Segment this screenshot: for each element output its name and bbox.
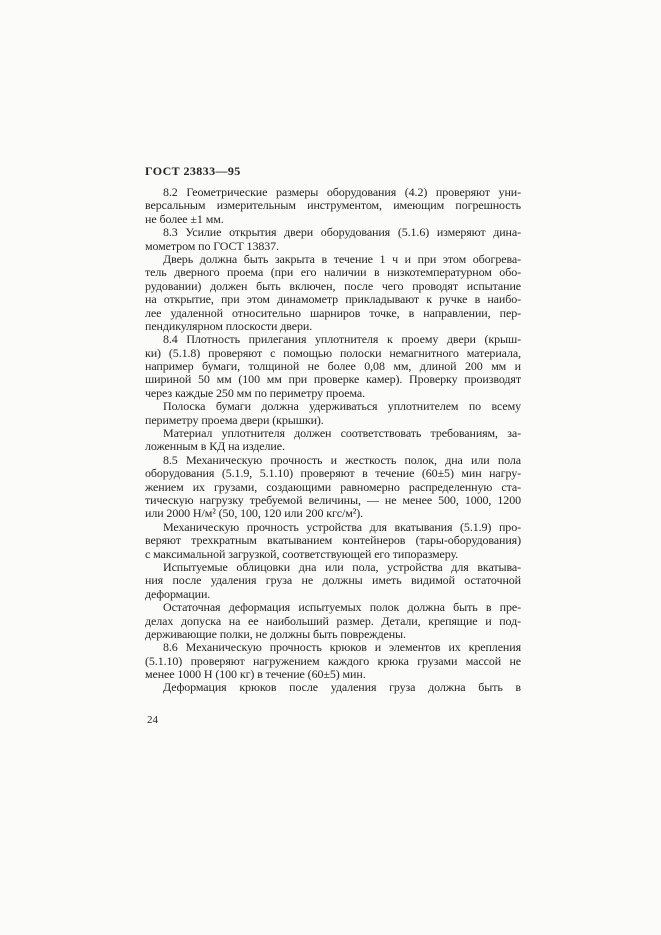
text-line: Остаточная деформация испытуемых полок д… bbox=[145, 601, 521, 614]
text-line: мометром по ГОСТ 13837. bbox=[145, 240, 521, 253]
text-line: веряют трехкратным вкатыванием контейнер… bbox=[145, 534, 521, 547]
text-line: ложенным в КД на изделие. bbox=[145, 440, 521, 453]
paragraph: 8.5 Механическую прочность и жесткость п… bbox=[145, 454, 521, 521]
text-line: Полоска бумаги должна удерживаться уплот… bbox=[145, 400, 521, 413]
paragraph: 8.4 Плотность прилегания уплотнителя к п… bbox=[145, 333, 521, 400]
text-line: Материал уплотнителя должен соответствов… bbox=[145, 427, 521, 440]
text-line: 8.3 Усилие открытия двери оборудования (… bbox=[145, 226, 521, 239]
text-line: на открытие, при этом динамометр приклад… bbox=[145, 293, 521, 306]
paragraph: Дверь должна быть закрыта в течение 1 ч … bbox=[145, 253, 521, 333]
text-line: или 2000 Н/м² (50, 100, 120 или 200 кгс/… bbox=[145, 507, 521, 520]
paragraph: 8.6 Механическую прочность крюков и элем… bbox=[145, 641, 521, 681]
text-line: Испытуемые облицовки дна или пола, устро… bbox=[145, 561, 521, 574]
paragraph: Полоска бумаги должна удерживаться уплот… bbox=[145, 400, 521, 427]
paragraph: Механическую прочность устройства для вк… bbox=[145, 521, 521, 561]
page-body: 8.2 Геометрические размеры оборудования … bbox=[145, 186, 521, 695]
page-number: 24 bbox=[147, 714, 158, 726]
text-line: 8.4 Плотность прилегания уплотнителя к п… bbox=[145, 333, 521, 346]
text-line: Дверь должна быть закрыта в течение 1 ч … bbox=[145, 253, 521, 266]
paragraph: Остаточная деформация испытуемых полок д… bbox=[145, 601, 521, 641]
paragraph: Материал уплотнителя должен соответствов… bbox=[145, 427, 521, 454]
text-line: тель дверного проема (при его наличии в … bbox=[145, 266, 521, 279]
text-line: пендикулярном плоскости двери. bbox=[145, 320, 521, 333]
text-line: оборудования (5.1.9, 5.1.10) проверяют в… bbox=[145, 467, 521, 480]
text-line: Деформация крюков после удаления груза д… bbox=[145, 681, 521, 694]
text-line: с максимальной загрузкой, соответствующе… bbox=[145, 548, 521, 561]
text-line: держивающие полки, не должны быть повреж… bbox=[145, 628, 521, 641]
paragraph: 8.2 Геометрические размеры оборудования … bbox=[145, 186, 521, 226]
text-line: тическую нагрузку требуемой величины, — … bbox=[145, 494, 521, 507]
text-line: делах допуска на ее наибольший размер. Д… bbox=[145, 615, 521, 628]
text-line: не более ±1 мм. bbox=[145, 213, 521, 226]
text-line: ния после удаления груза не должны иметь… bbox=[145, 574, 521, 587]
text-line: ки) (5.1.8) проверяют с помощью полоски … bbox=[145, 347, 521, 360]
text-line: рудовании) должен быть включен, после че… bbox=[145, 280, 521, 293]
paragraph: Деформация крюков после удаления груза д… bbox=[145, 681, 521, 694]
text-line: 8.6 Механическую прочность крюков и элем… bbox=[145, 641, 521, 654]
text-line: шириной 50 мм (100 мм при проверке камер… bbox=[145, 373, 521, 386]
text-line: версальным измерительным инструментом, и… bbox=[145, 199, 521, 212]
text-line: 8.5 Механическую прочность и жесткость п… bbox=[145, 454, 521, 467]
paragraph: Испытуемые облицовки дна или пола, устро… bbox=[145, 561, 521, 601]
running-header: ГОСТ 23833—95 bbox=[145, 164, 241, 179]
text-line: например бумаги, толщиной не более 0,08 … bbox=[145, 360, 521, 373]
text-line: через каждые 250 мм по периметру проема. bbox=[145, 387, 521, 400]
text-line: Механическую прочность устройства для вк… bbox=[145, 521, 521, 534]
text-line: жением их грузами, создающими равномерно… bbox=[145, 481, 521, 494]
text-line: лее удаленной относительно шарниров точк… bbox=[145, 307, 521, 320]
text-line: деформации. bbox=[145, 588, 521, 601]
text-line: 8.2 Геометрические размеры оборудования … bbox=[145, 186, 521, 199]
paragraph: 8.3 Усилие открытия двери оборудования (… bbox=[145, 226, 521, 253]
document-page: ГОСТ 23833—95 8.2 Геометрические размеры… bbox=[0, 0, 661, 935]
text-line: (5.1.10) проверяют нагружением каждого к… bbox=[145, 655, 521, 668]
text-line: периметру проема двери (крышки). bbox=[145, 414, 521, 427]
text-line: менее 1000 Н (100 кг) в течение (60±5) м… bbox=[145, 668, 521, 681]
